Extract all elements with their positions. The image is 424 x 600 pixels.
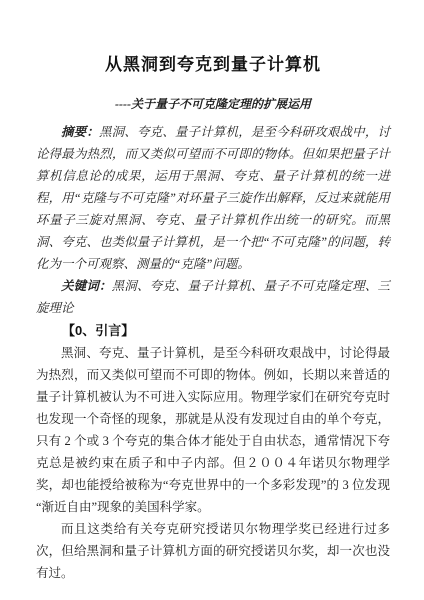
keywords-label: 关键词：: [61, 279, 112, 293]
body-paragraph-1: 黑洞、夸克、量子计算机，是至今科研攻艰战中，讨论得最为热烈，而又类似可望而不可即…: [36, 342, 390, 518]
document-title: 从黑洞到夸克到量子计算机: [36, 50, 390, 75]
section-heading-introduction: 【0、引言】: [36, 319, 390, 342]
document-page: 从黑洞到夸克到量子计算机 ----关于量子不可克隆定理的扩展运用 摘要：黑洞、夸…: [0, 0, 424, 600]
body-paragraph-2: 而且这类给有关夸克研究授诺贝尔物理学奖已经进行过多次，但给黑洞和量子计算机方面的…: [36, 518, 390, 584]
abstract-label: 摘要：: [61, 125, 99, 139]
keywords-paragraph: 关键词：黑洞、夸克、量子计算机、量子不可克隆定理、三旋理论: [36, 275, 390, 319]
abstract-text: 黑洞、夸克、量子计算机，是至今科研攻艰战中，讨论得最为热烈，而又类似可望而不可即…: [36, 125, 390, 271]
abstract-paragraph: 摘要：黑洞、夸克、量子计算机，是至今科研攻艰战中，讨论得最为热烈，而又类似可望而…: [36, 121, 390, 275]
document-subtitle: ----关于量子不可克隆定理的扩展运用: [36, 95, 390, 112]
